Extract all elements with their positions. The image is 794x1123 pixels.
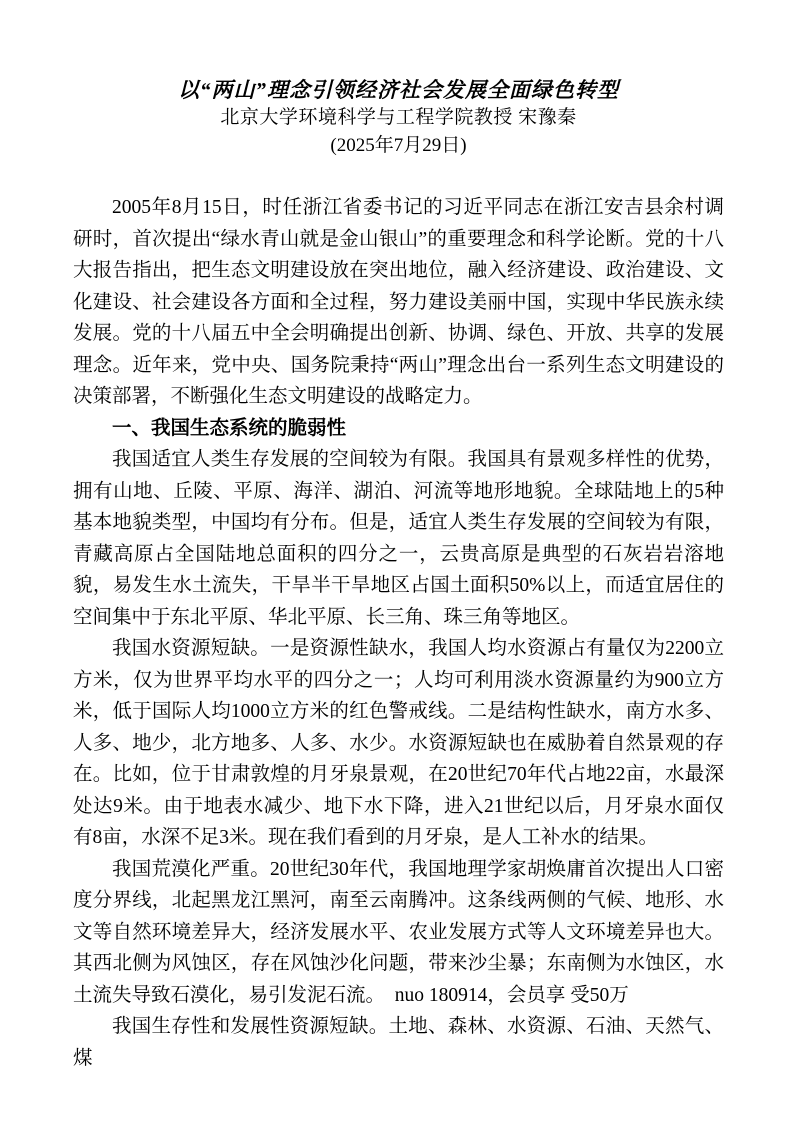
paragraph-desertification: 我国荒漠化严重。20世纪30年代，我国地理学家胡焕庸首次提出人口密度分界线，北起… [73, 854, 724, 1012]
section-heading-ecosystem-fragility: 一、我国生态系统的脆弱性 [73, 413, 724, 445]
author-line: 北京大学环境科学与工程学院教授 宋豫秦 [73, 104, 724, 132]
document-title: 以“两山”理念引领经济社会发展全面绿色转型 [73, 76, 724, 104]
paragraph-two-mountains-intro: 2005年8月15日，时任浙江省委书记的习近平同志在浙江安吉县余村调研时，首次提… [73, 192, 724, 413]
document-page: 以“两山”理念引领经济社会发展全面绿色转型 北京大学环境科学与工程学院教授 宋豫… [0, 0, 794, 1123]
paragraph-living-space-limits: 我国适宜人类生存发展的空间较为有限。我国具有景观多样性的优势，拥有山地、丘陵、平… [73, 444, 724, 633]
paragraph-resource-shortage: 我国生存性和发展性资源短缺。土地、森林、水资源、石油、天然气、煤 [73, 1011, 724, 1074]
paragraph-water-shortage: 我国水资源短缺。一是资源性缺水，我国人均水资源占有量仅为2200立方米，仅为世界… [73, 633, 724, 854]
document-header: 以“两山”理念引领经济社会发展全面绿色转型 北京大学环境科学与工程学院教授 宋豫… [73, 76, 724, 160]
document-body: 2005年8月15日，时任浙江省委书记的习近平同志在浙江安吉县余村调研时，首次提… [73, 192, 724, 1074]
date-line: (2025年7月29日) [73, 132, 724, 160]
